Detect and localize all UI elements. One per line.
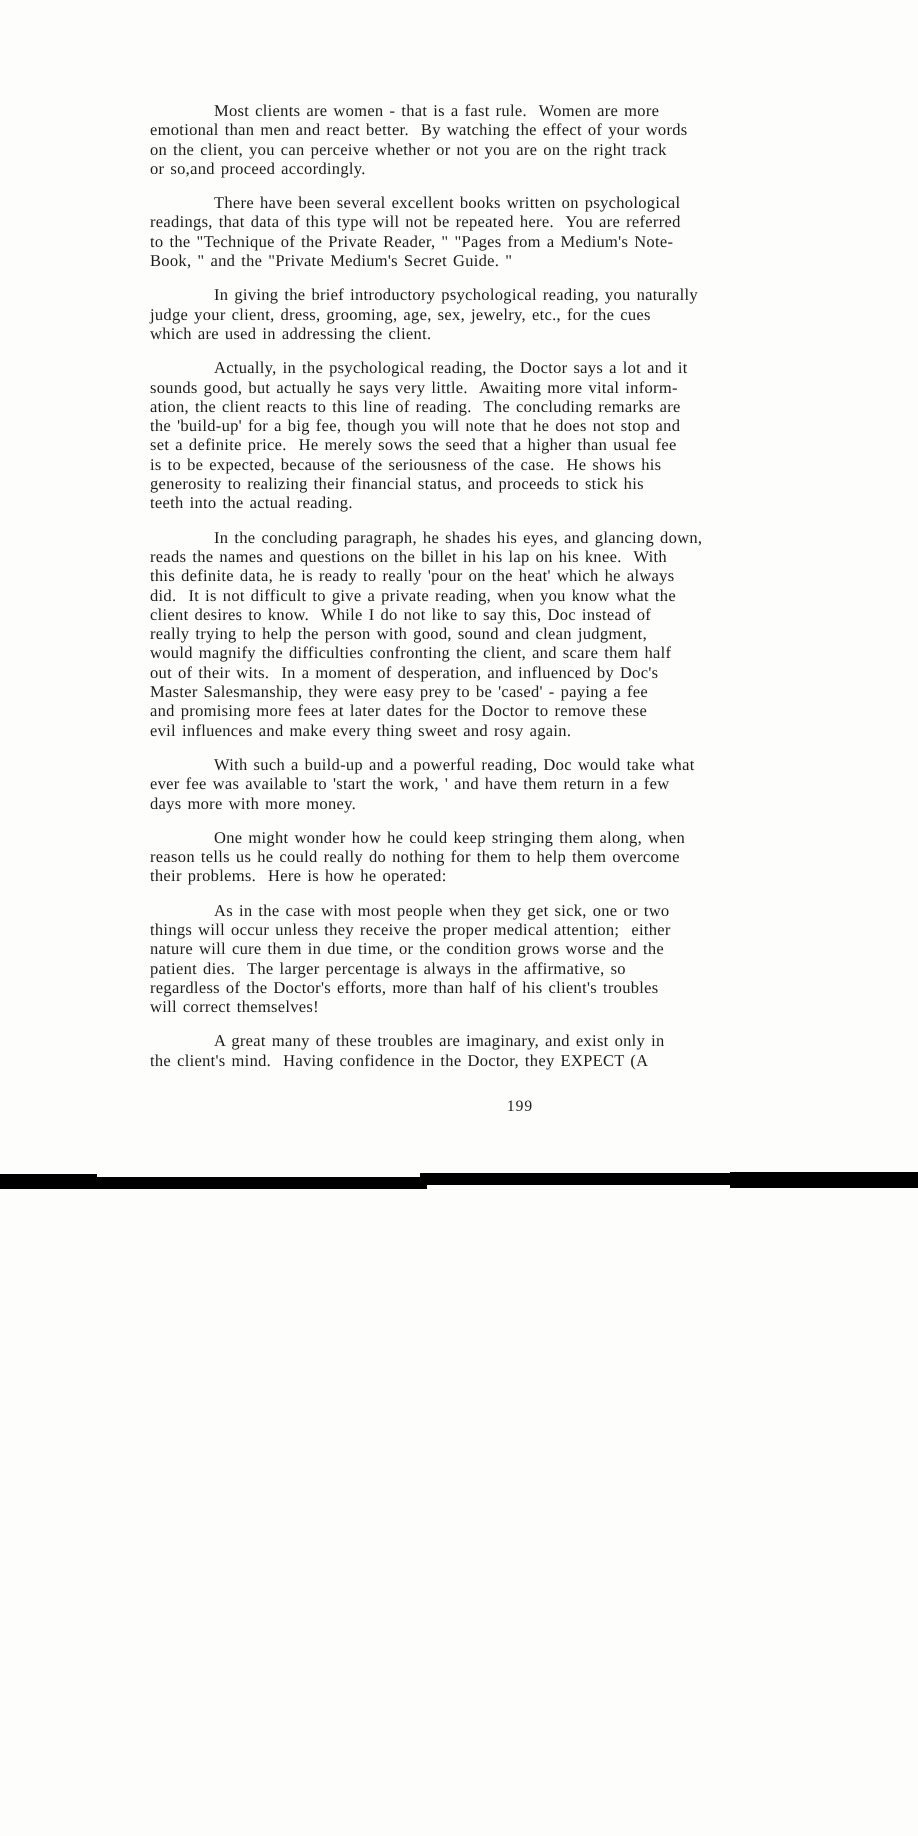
scan-bar-segment [730,1172,918,1188]
paragraph: In giving the brief introductory psychol… [150,285,802,343]
scanned-document-page: Most clients are women - that is a fast … [0,0,918,1836]
paragraph: A great many of these troubles are imagi… [150,1031,802,1070]
paragraph: There have been several excellent books … [150,193,802,270]
scan-bar-segment [0,1174,97,1189]
paragraph: In the concluding paragraph, he shades h… [150,528,802,740]
document-text: Most clients are women - that is a fast … [150,101,802,1085]
paragraph: Most clients are women - that is a fast … [150,101,802,178]
paragraph: With such a build-up and a powerful read… [150,755,802,813]
scan-bar-segment [420,1173,736,1185]
page-number: 199 [0,1098,918,1116]
paragraph: As in the case with most people when the… [150,901,802,1017]
paragraph: Actually, in the psychological reading, … [150,358,802,512]
scan-bar-segment [92,1177,427,1189]
paragraph: One might wonder how he could keep strin… [150,828,802,886]
